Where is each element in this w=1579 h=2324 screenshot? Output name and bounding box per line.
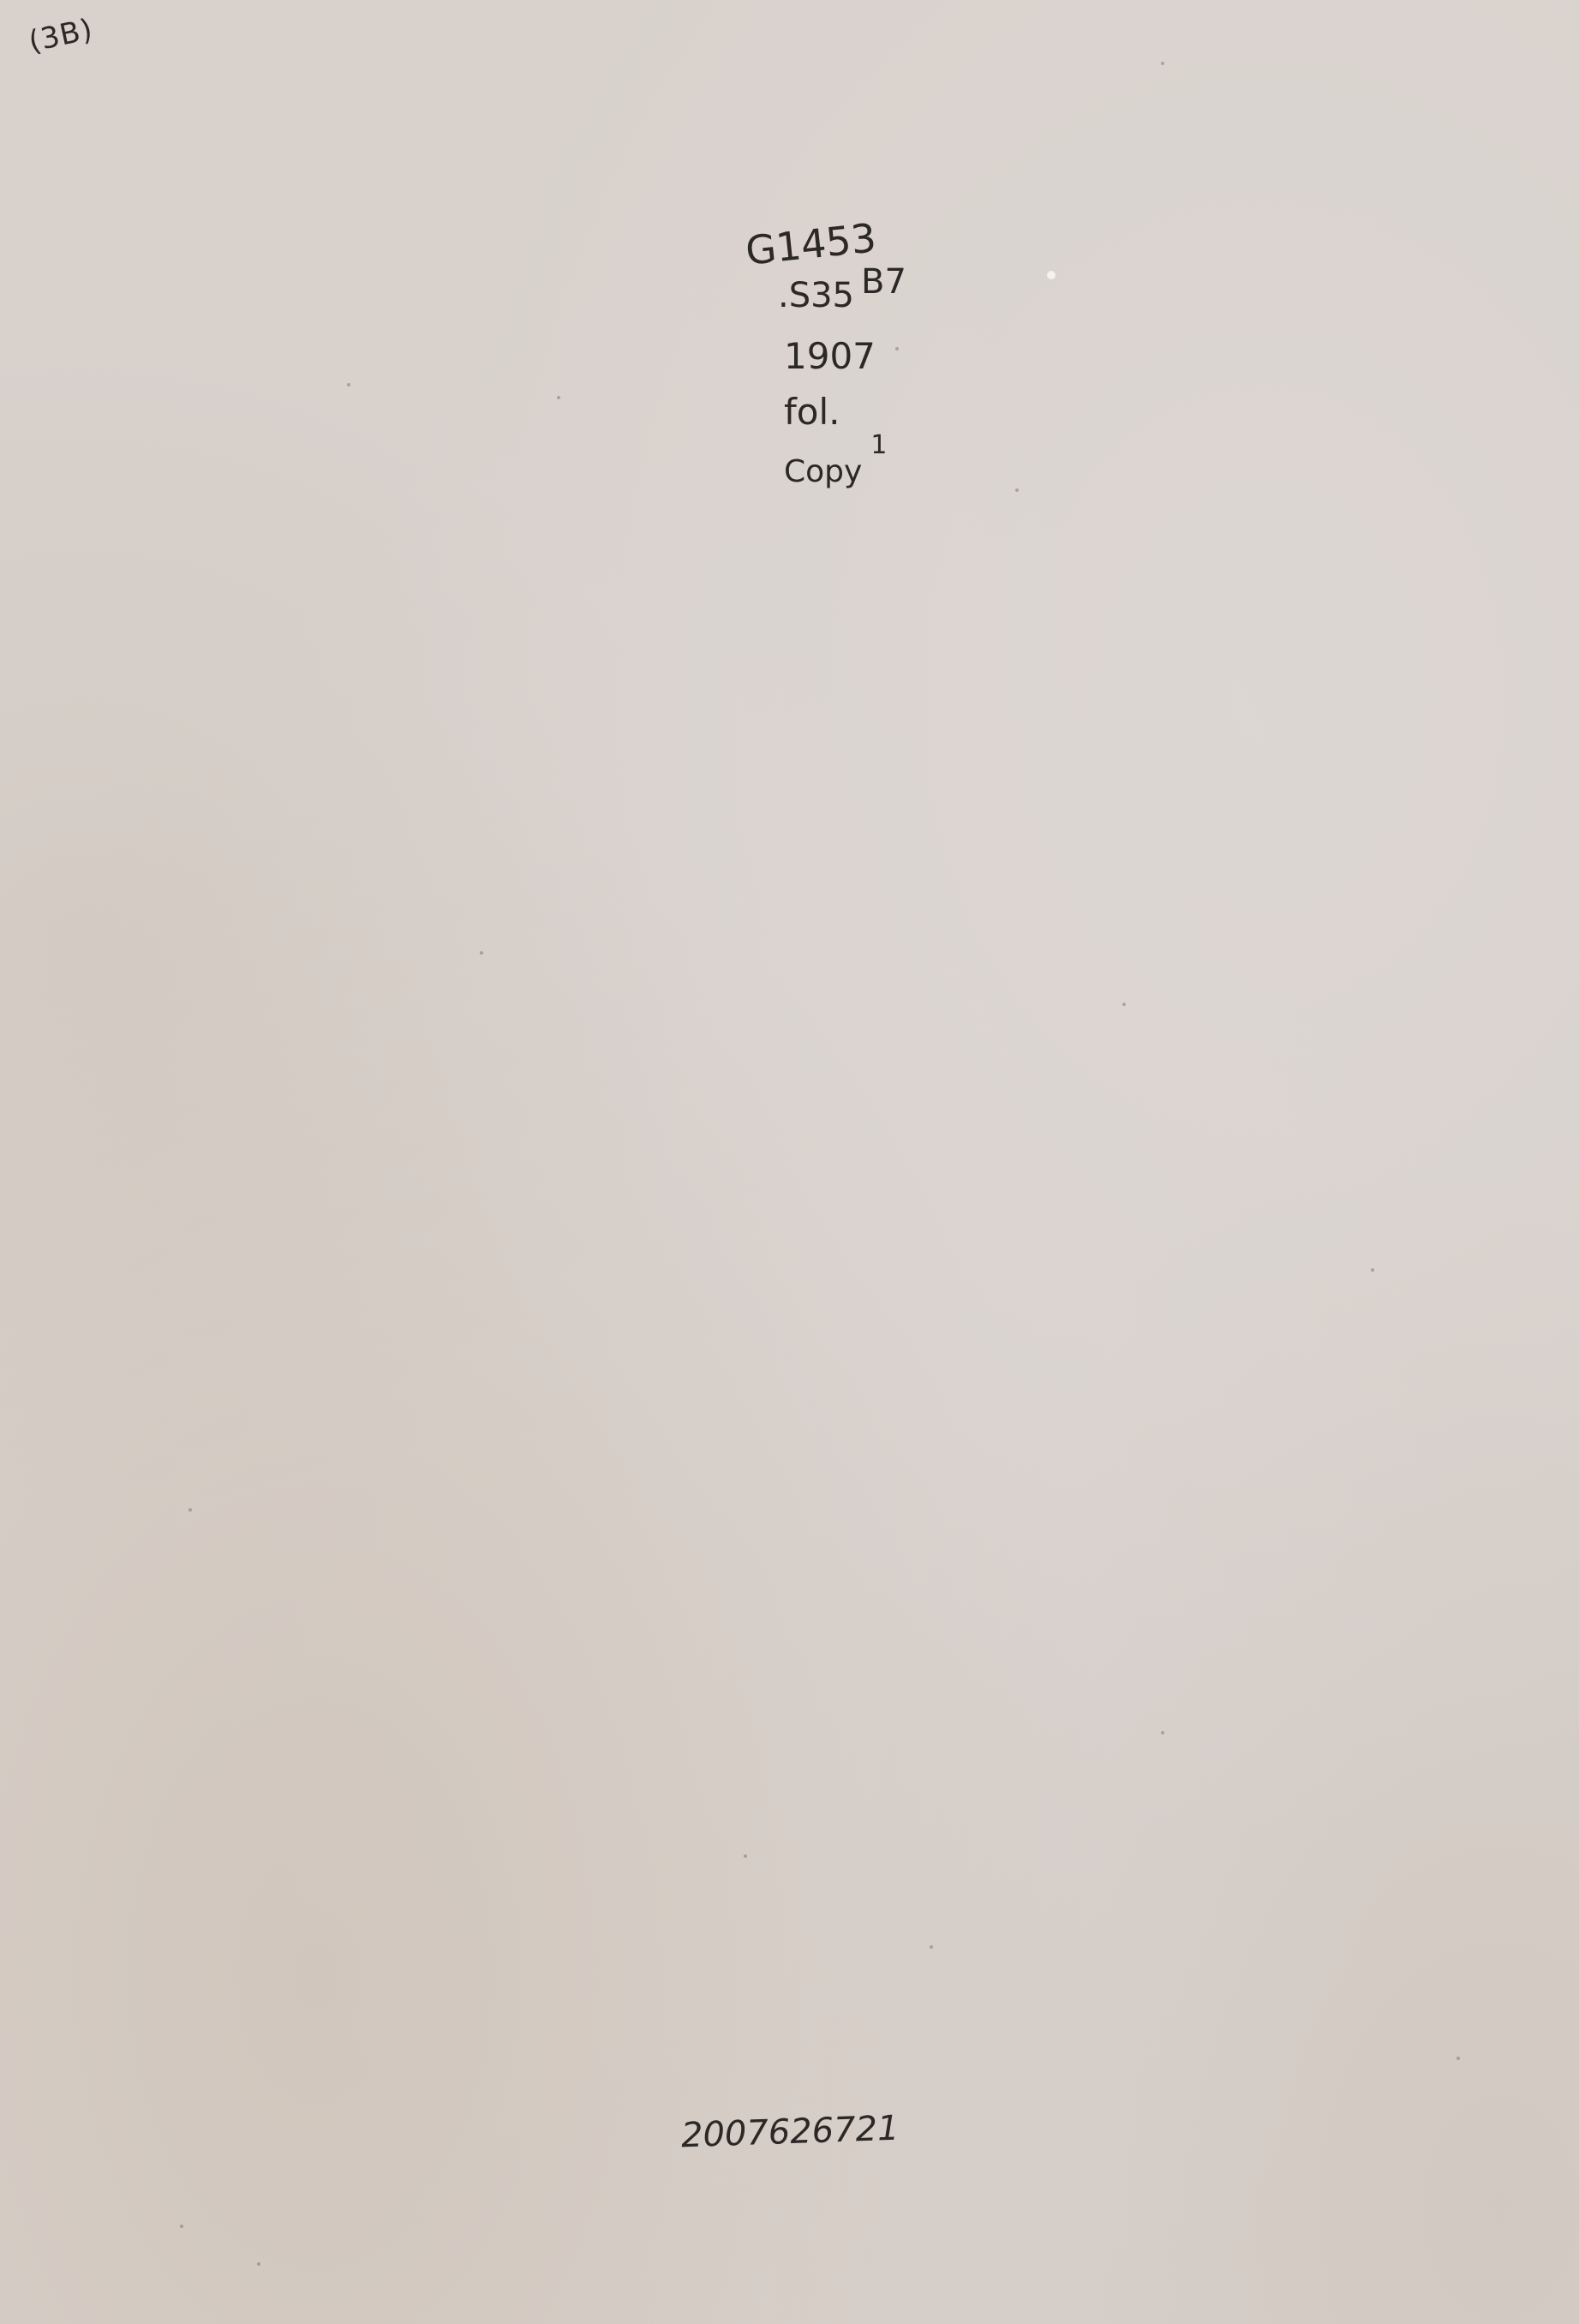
call-number-year: 1907: [784, 338, 876, 374]
call-number-cutter: .S35B7: [778, 279, 906, 313]
call-number-class: G1453: [744, 218, 878, 271]
call-number-cutter-main: .S35: [778, 276, 854, 315]
paper-speck: [1161, 1731, 1164, 1734]
paper-speck: [180, 2225, 183, 2228]
accession-number: 2007626721: [680, 2109, 900, 2156]
paper-speck: [1122, 1003, 1126, 1006]
call-number-copy: Copy1: [784, 450, 887, 488]
corner-note: (3B): [26, 12, 96, 59]
paper-speck: [1456, 2057, 1460, 2060]
paper-speck: [557, 396, 560, 399]
paper-speck: [188, 1508, 192, 1512]
paper-speck: [930, 1945, 933, 1949]
paper-speck: [744, 1854, 747, 1858]
call-number-copy-number: 1: [870, 430, 887, 460]
paper-speck: [480, 951, 483, 955]
paper-speck: [895, 347, 899, 350]
call-number-format: fol.: [784, 394, 840, 430]
call-number-cutter-sup: B7: [861, 262, 906, 302]
paper-speck: [1015, 488, 1019, 492]
paper-speck: [347, 383, 350, 386]
paper-speck: [1161, 62, 1164, 65]
paper-speck: [257, 2262, 260, 2266]
paper-speck: [1047, 271, 1056, 279]
call-number-copy-label: Copy: [784, 454, 862, 489]
paper-speck: [1371, 1268, 1374, 1272]
